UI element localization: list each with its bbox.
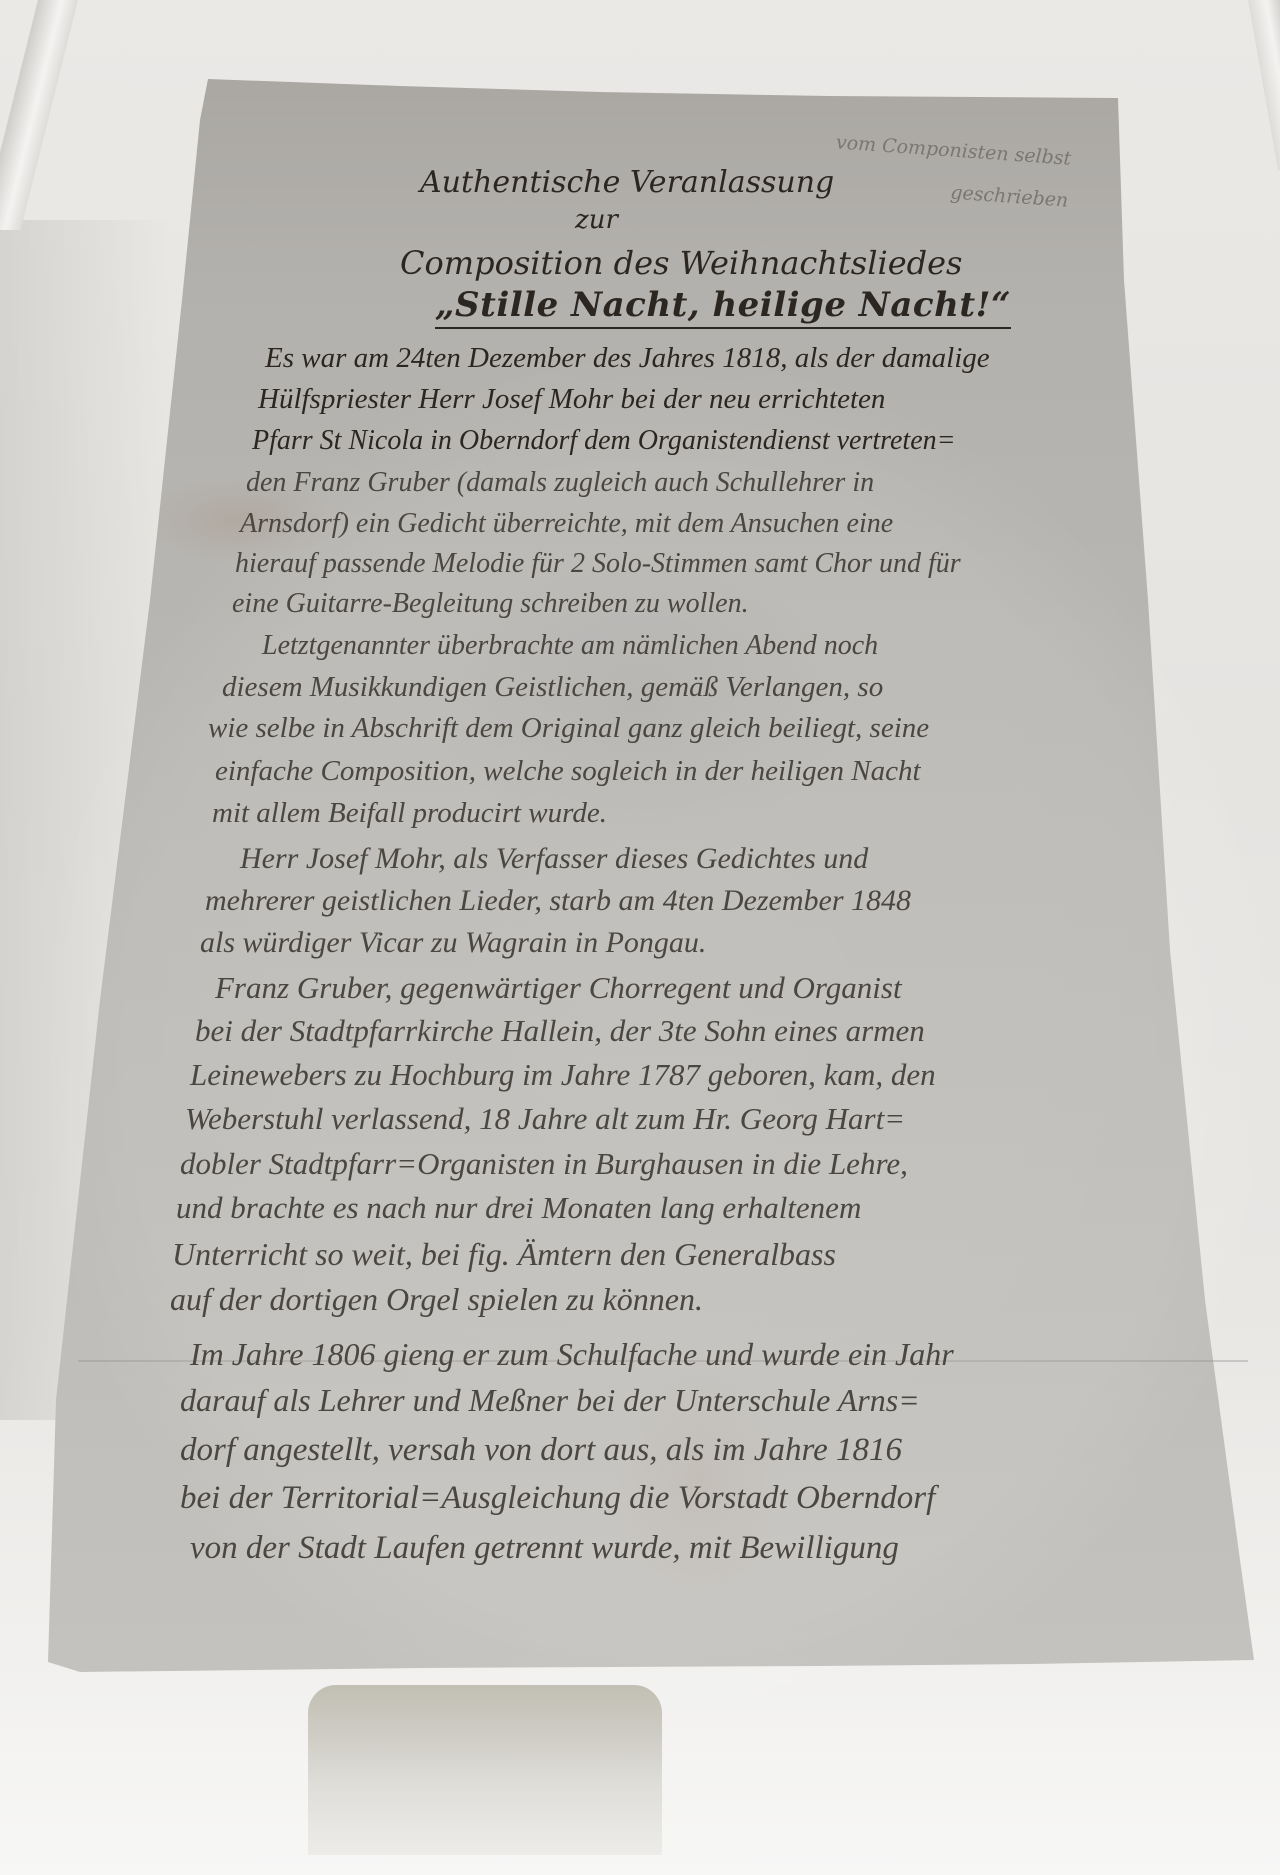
body-line: Weberstuhl verlassend, 18 Jahre alt zum … — [185, 1101, 905, 1137]
body-line: Pfarr St Nicola in Oberndorf dem Organis… — [252, 425, 956, 457]
song-title: „Stille Nacht, heilige Nacht!“ — [435, 285, 1011, 329]
title-line-2: zur — [575, 205, 618, 235]
body-line: Unterricht so weit, bei fig. Ämtern den … — [172, 1236, 836, 1273]
body-line: einfache Composition, welche sogleich in… — [215, 755, 921, 788]
body-line: bei der Territorial=Ausgleichung die Vor… — [180, 1480, 935, 1517]
body-line: mehrerer geistlichen Lieder, starb am 4t… — [205, 884, 911, 918]
body-line: Franz Gruber, gegenwärtiger Chorregent u… — [215, 970, 902, 1006]
body-line: dorf angestellt, versah von dort aus, al… — [180, 1432, 902, 1469]
body-line: darauf als Lehrer und Meßner bei der Unt… — [180, 1382, 920, 1419]
body-line: wie selbe in Abschrift dem Original ganz… — [208, 712, 929, 745]
body-line: den Franz Gruber (damals zugleich auch S… — [246, 467, 874, 499]
title-line-1: Authentische Veranlassung — [420, 165, 834, 200]
body-line: Hülfspriester Herr Josef Mohr bei der ne… — [258, 383, 885, 416]
body-line: Leinewebers zu Hochburg im Jahre 1787 ge… — [190, 1057, 936, 1093]
body-line: und brachte es nach nur drei Monaten lan… — [176, 1190, 861, 1226]
body-line: mit allem Beifall producirt wurde. — [212, 797, 607, 830]
body-line: Arnsdorf) ein Gedicht überreichte, mit d… — [240, 508, 893, 540]
title-line-3: Composition des Weihnachtsliedes — [400, 244, 962, 282]
body-line: Herr Josef Mohr, als Verfasser dieses Ge… — [240, 842, 868, 876]
body-line: von der Stadt Laufen getrennt wurde, mit… — [190, 1530, 899, 1567]
body-line: auf der dortigen Orgel spielen zu können… — [170, 1281, 703, 1318]
manuscript-text: vom Componisten selbst geschrieben Authe… — [0, 0, 1280, 1875]
body-line: eine Guitarre-Begleitung schreiben zu wo… — [232, 588, 749, 620]
body-line: Letztgenannter überbrachte am nämlichen … — [262, 630, 878, 662]
body-line: diesem Musikkundigen Geistlichen, gemäß … — [222, 671, 883, 704]
body-line: Es war am 24ten Dezember des Jahres 1818… — [265, 342, 990, 375]
body-line: Im Jahre 1806 gieng er zum Schulfache un… — [190, 1336, 954, 1373]
body-line: dobler Stadtpfarr=Organisten in Burghaus… — [180, 1146, 908, 1182]
body-line: bei der Stadtpfarrkirche Hallein, der 3t… — [195, 1013, 925, 1049]
body-line: hierauf passende Melodie für 2 Solo-Stim… — [235, 548, 961, 580]
body-line: als würdiger Vicar zu Wagrain in Pongau. — [200, 926, 706, 960]
